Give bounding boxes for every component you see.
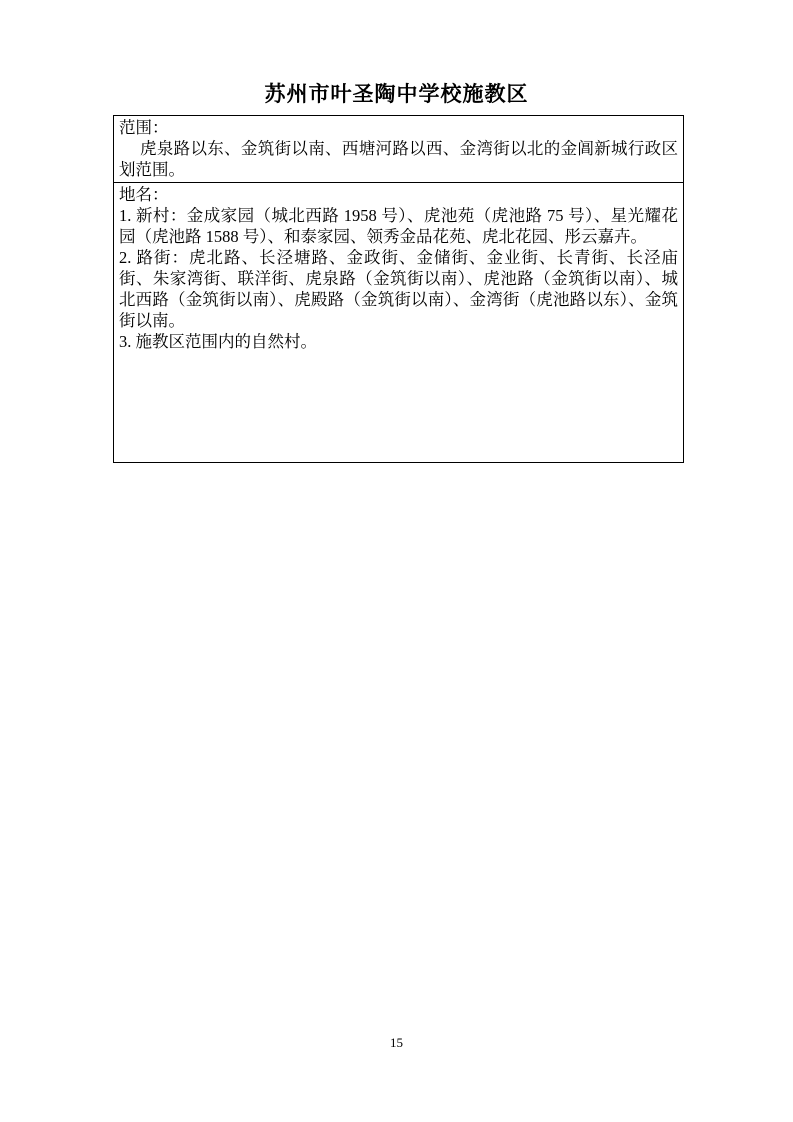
- places-item-streets: 2. 路街：虎北路、长泾塘路、金政街、金储街、金业街、长青街、长泾庙街、朱家湾街…: [119, 247, 678, 331]
- page-title: 苏州市叶圣陶中学校施教区: [0, 82, 793, 108]
- range-cell: 范围： 虎泉路以东、金筑街以南、西塘河路以西、金湾街以北的金阊新城行政区划范围。: [114, 116, 684, 183]
- table-row-range: 范围： 虎泉路以东、金筑街以南、西塘河路以西、金湾街以北的金阊新城行政区划范围。: [114, 116, 684, 183]
- district-info-table: 范围： 虎泉路以东、金筑街以南、西塘河路以西、金湾街以北的金阊新城行政区划范围。…: [113, 115, 684, 463]
- range-text: 虎泉路以东、金筑街以南、西塘河路以西、金湾街以北的金阊新城行政区划范围。: [119, 138, 678, 180]
- places-label: 地名：: [119, 184, 678, 205]
- range-label: 范围：: [119, 117, 678, 138]
- places-cell: 地名： 1. 新村：金成家园（城北西路 1958 号）、虎池苑（虎池路 75 号…: [114, 183, 684, 463]
- page-number: 15: [0, 1035, 793, 1051]
- places-item-villages: 3. 施教区范围内的自然村。: [119, 331, 678, 352]
- places-item-residential: 1. 新村：金成家园（城北西路 1958 号）、虎池苑（虎池路 75 号）、星光…: [119, 205, 678, 247]
- table-row-places: 地名： 1. 新村：金成家园（城北西路 1958 号）、虎池苑（虎池路 75 号…: [114, 183, 684, 463]
